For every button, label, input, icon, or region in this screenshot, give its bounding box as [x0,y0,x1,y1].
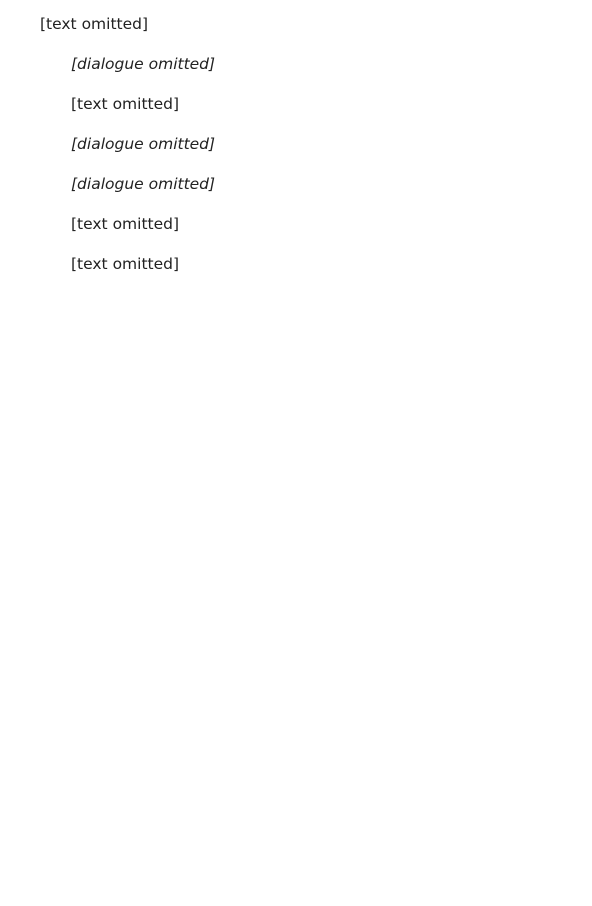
paragraph-3: [text omitted] [40,208,550,240]
paragraph-1: [text omitted] [40,8,550,40]
document-page: [text omitted] [dialogue omitted] [text … [40,8,550,280]
paragraph-2: [text omitted] [40,88,550,120]
dialogue-3: [dialogue omitted] [40,168,550,200]
dialogue-1: [dialogue omitted] [40,48,550,80]
paragraph-4: [text omitted] [40,248,550,280]
dialogue-2: [dialogue omitted] [40,128,550,160]
